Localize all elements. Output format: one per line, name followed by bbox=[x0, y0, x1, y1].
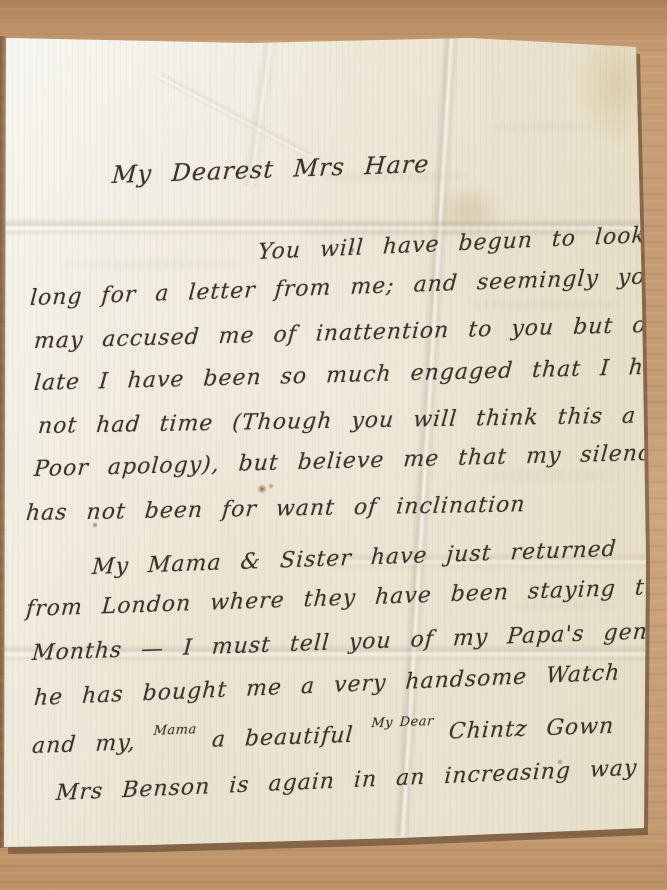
letter-line: My Mama & Sister have just returned bbox=[91, 537, 618, 581]
amended-line-middle: a beautiful bbox=[211, 723, 354, 753]
letter-paper: My Dearest Mrs Hare You will have begun … bbox=[0, 0, 667, 890]
ink-bleedthrough bbox=[480, 470, 620, 482]
letter-line: he has bought me a very handsome Watch bbox=[33, 660, 621, 712]
letter-line: late I have been so much engaged that I … bbox=[33, 354, 667, 397]
salutation: My Dearest Mrs Hare bbox=[111, 151, 430, 188]
letter-line: may accused me of inattention to you but… bbox=[33, 313, 657, 355]
ink-bleedthrough bbox=[470, 300, 620, 310]
diagonal-crease-top-left bbox=[157, 71, 313, 161]
letter-line-with-insertions: and my, Mama a beautiful My Dear Chintz … bbox=[31, 714, 615, 763]
amended-line-start: and my, bbox=[31, 730, 136, 759]
closing-line: Mrs Benson is again in an increasing way bbox=[55, 756, 638, 807]
letter-line: not had time (Though you will think this… bbox=[37, 404, 637, 440]
insertion-my-dear: My Dear bbox=[371, 714, 434, 731]
photo-scene: My Dearest Mrs Hare You will have begun … bbox=[0, 0, 667, 890]
ink-bleedthrough bbox=[490, 122, 590, 132]
amended-line-end: Chintz Gown bbox=[448, 714, 615, 745]
insertion-mama: Mama bbox=[153, 722, 197, 739]
letter-line: from London where they have been staying… bbox=[25, 574, 667, 623]
ink-bleedthrough bbox=[60, 260, 240, 270]
letter-line: has not been for want of inclination bbox=[25, 492, 527, 527]
